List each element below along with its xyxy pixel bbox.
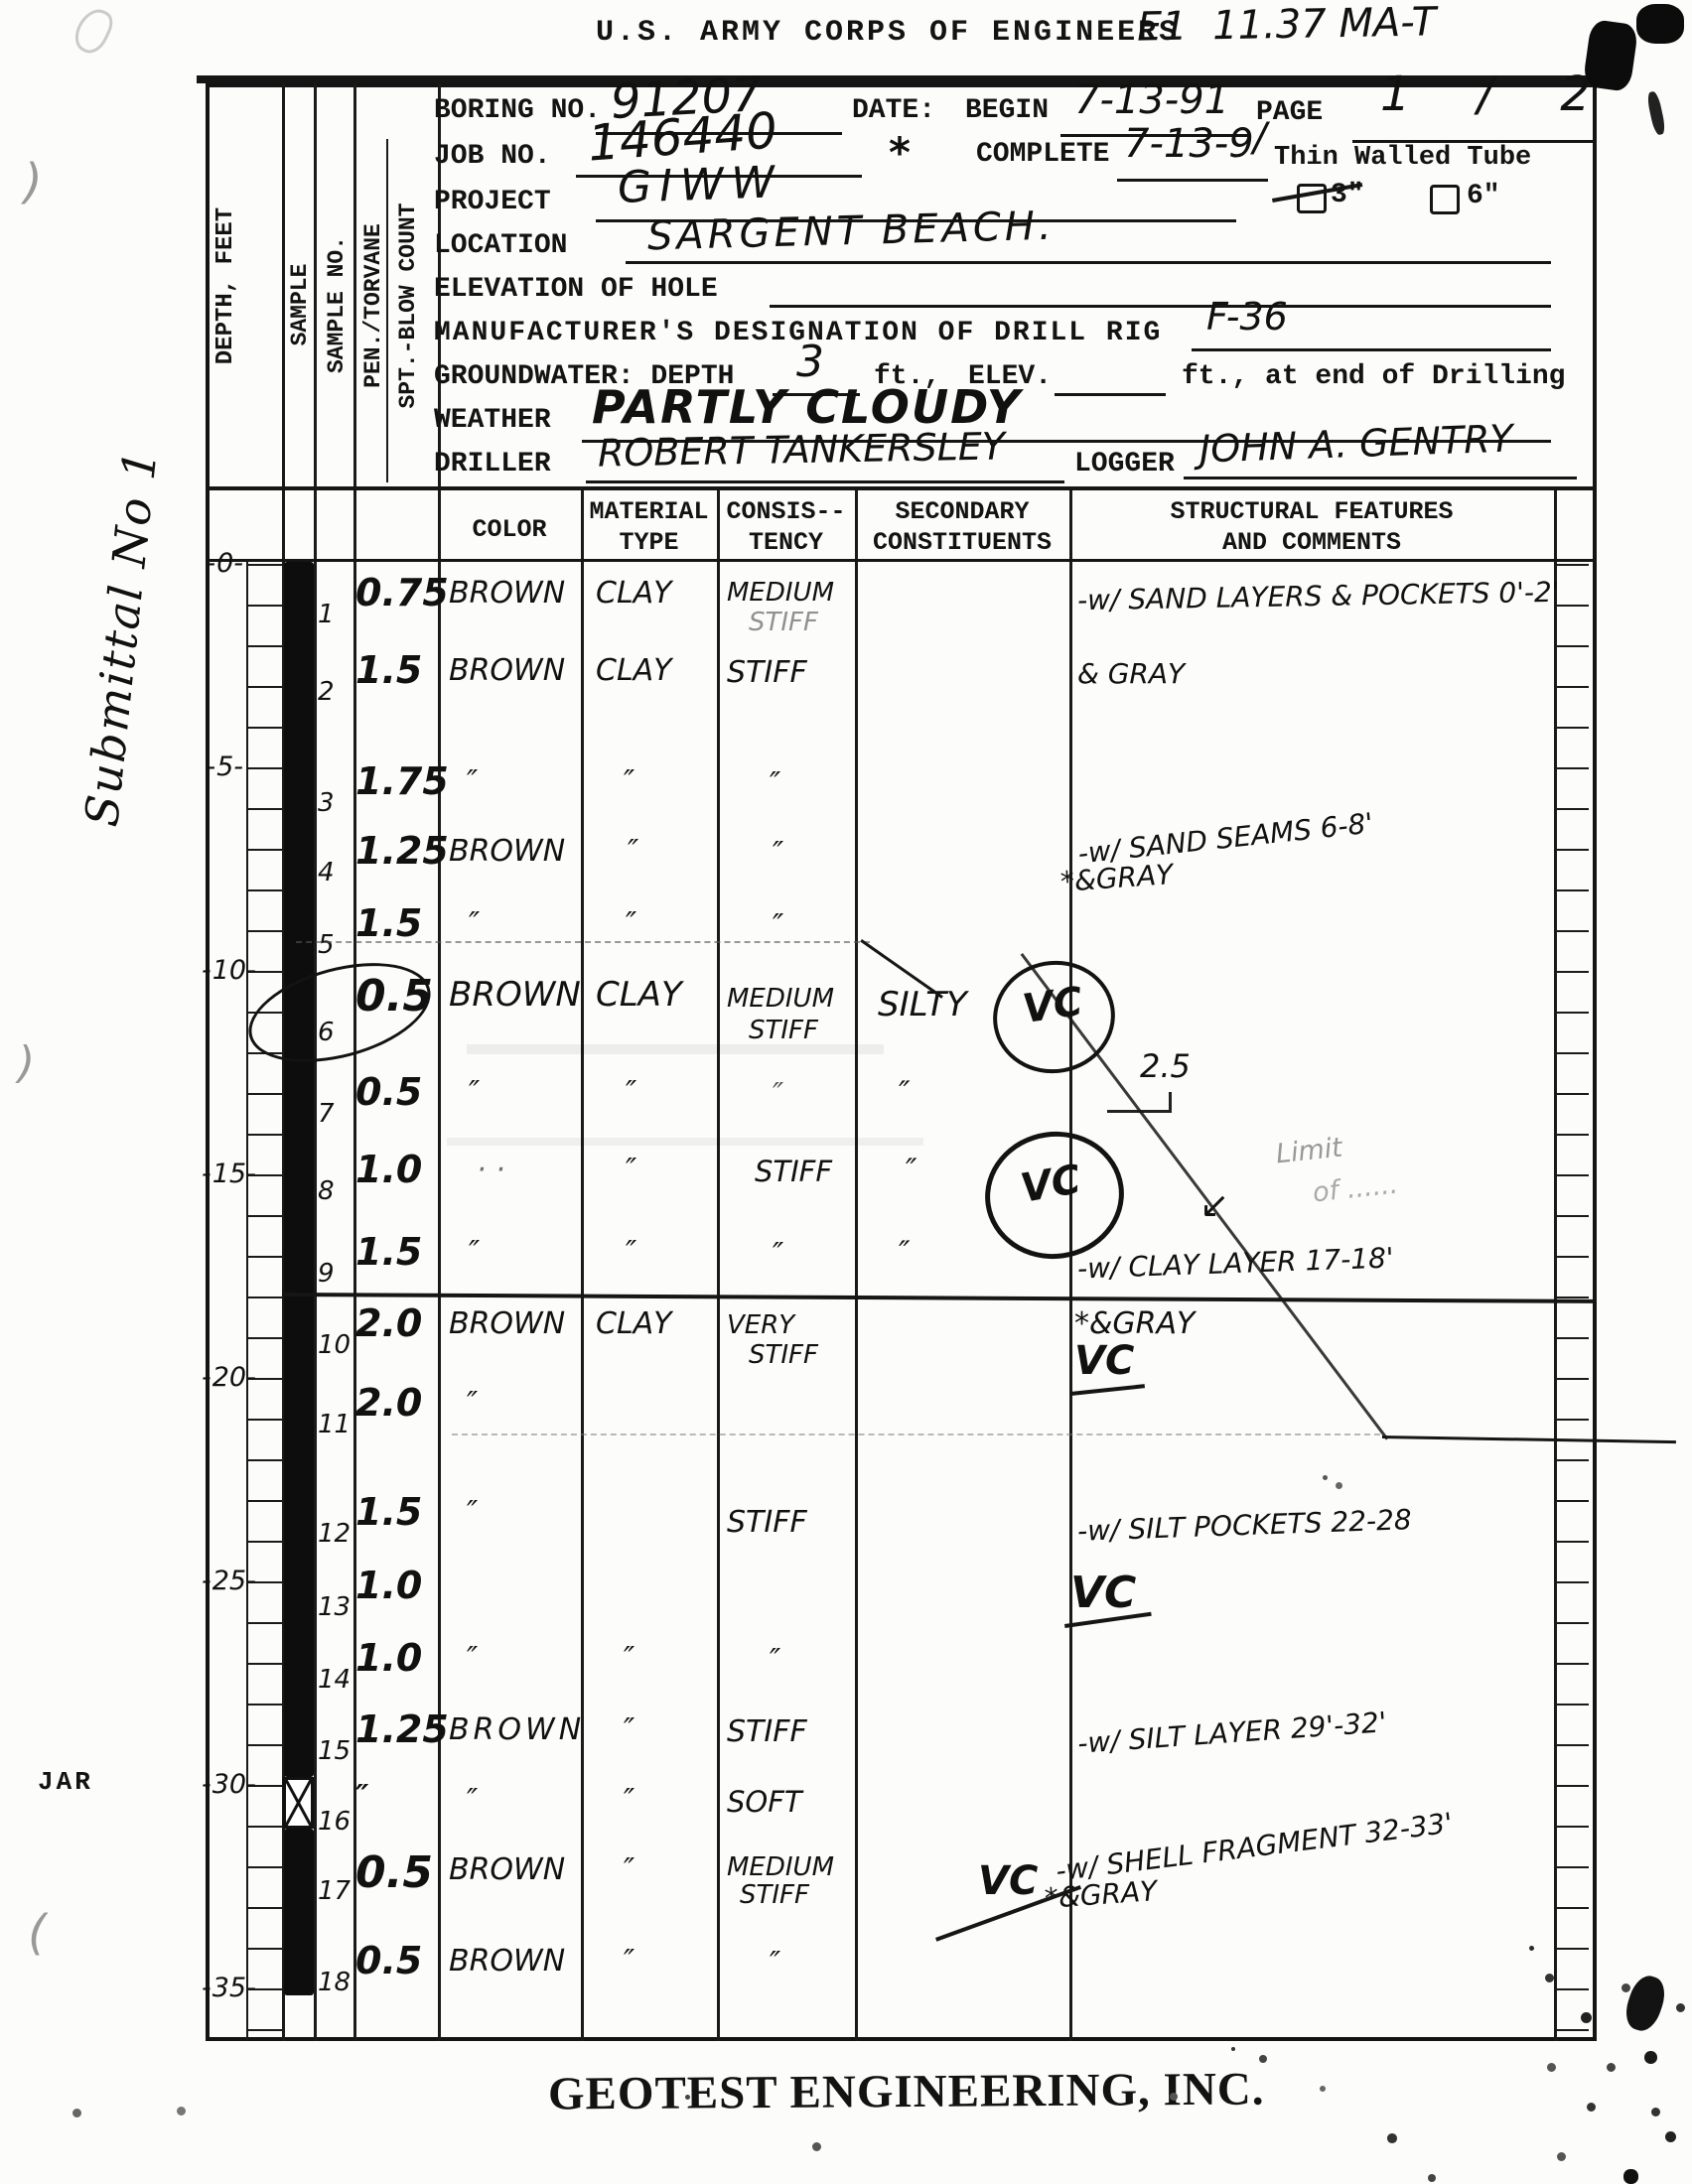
- depth-tick-0: 0: [202, 548, 243, 579]
- location-value: SARGENT BEACH.: [647, 205, 1057, 258]
- begin-label: BEGIN: [965, 95, 1049, 126]
- scan-blob-top-right: [1636, 4, 1684, 44]
- weather-value: PARTLY CLOUDY: [592, 383, 1022, 431]
- sample-strip-upper: [284, 562, 314, 1777]
- grid-line: [717, 486, 720, 2041]
- checkbox-6in[interactable]: [1430, 185, 1460, 214]
- groundwater-depth-value: 3: [796, 340, 824, 385]
- table-header-bottom: [206, 559, 1597, 562]
- margin-submittal-note: Submittal No 1: [69, 358, 175, 916]
- depth-tick-5: 5: [202, 751, 243, 782]
- scan-smudge: [467, 1044, 884, 1054]
- col-header-consistency: CONSIS-- TENCY: [717, 496, 855, 559]
- drill-rig-value: F-36: [1206, 298, 1288, 338]
- scan-smudge: [447, 1138, 923, 1146]
- scan-noise-footer: [1231, 2047, 1235, 2051]
- depth-tick-35: 35: [202, 1973, 243, 2003]
- complete-date-value: 7-13-9: [1124, 123, 1254, 165]
- tube-3in-label: 3": [1331, 180, 1364, 210]
- sample-strip-lower: [284, 1829, 314, 1995]
- scan-mark-paren3: (: [28, 1908, 47, 1958]
- grid-line: [1069, 486, 1072, 2041]
- scan-blob-bottom-right: [1621, 1972, 1670, 2035]
- col-header-material: MATERIAL TYPE: [581, 496, 717, 559]
- spt-blow-count-vertical-label: SPT.-BLOW COUNT: [395, 137, 421, 475]
- dashed-boundary-row5: [296, 941, 870, 943]
- date-label: DATE:: [852, 95, 935, 126]
- sample-vertical-label: SAMPLE: [287, 151, 313, 459]
- x-mark-icon: [286, 1780, 311, 1826]
- pen-torvane-vertical-label: PEN./TORVANE: [360, 137, 386, 475]
- boring-log-scan: U.S. ARMY CORPS OF ENGINEERS E1 11.37 MA…: [0, 0, 1692, 2184]
- underline: [1184, 477, 1577, 479]
- driller-value: ROBERT TANKERSLEY: [598, 427, 1006, 474]
- col-header-color: COLOR: [438, 514, 581, 545]
- corner-note-handwritten: E1 11.37 MA-T: [1137, 1, 1437, 48]
- pen-col-divider: [386, 139, 388, 482]
- underline: [1055, 393, 1166, 396]
- scan-blob: [1646, 90, 1667, 136]
- underline: [1117, 179, 1268, 182]
- depth-feet-vertical-label: DEPTH, FEET: [212, 137, 239, 435]
- project-value: GIWW: [617, 160, 783, 211]
- depth-tick-30: 30: [202, 1769, 243, 1800]
- scan-noise-bottom: [685, 2095, 690, 2100]
- scan-squiggle-top-left: [70, 3, 117, 58]
- depth-tick-25: 25: [202, 1566, 243, 1596]
- scan-mark-paren1: ): [24, 157, 43, 206]
- note-2-5: 2.5: [1140, 1050, 1191, 1084]
- job-no-mark: *: [889, 131, 911, 175]
- sample-16-jar-marker: [283, 1777, 314, 1829]
- footer-company: GEOTEST ENGINEERING, INC.: [548, 2062, 1265, 2120]
- gw-tail-label: ft., at end of Drilling: [1182, 361, 1565, 392]
- tube-label: Thin Walled Tube: [1274, 143, 1531, 173]
- checkbox-3in[interactable]: [1297, 184, 1327, 213]
- limit-note-line1: Limit: [1275, 1135, 1344, 1169]
- begin-date-value: 7-13-91: [1074, 79, 1229, 121]
- grid-line: [314, 83, 317, 2041]
- weather-label: WEATHER: [434, 405, 551, 436]
- underline: [626, 261, 1551, 264]
- scan-mark-paren2: ): [18, 1040, 35, 1086]
- elevation-of-hole-label: ELEVATION OF HOLE: [434, 274, 718, 305]
- scan-blob-top-right: [1583, 19, 1639, 92]
- driller-label: DRILLER: [434, 449, 551, 479]
- underline: [770, 305, 1551, 308]
- job-no-label: JOB NO.: [434, 141, 551, 172]
- slash-mark: /: [1253, 117, 1266, 159]
- tube-6in-label: 6": [1467, 181, 1500, 211]
- scan-noise-bottom-right: [1529, 1946, 1534, 1951]
- depth-tick-strip-left: [246, 564, 282, 2037]
- depth-tick-10: 10: [202, 955, 243, 986]
- depth-tick-15: 15: [202, 1159, 243, 1189]
- vc-note-row8: VC: [1018, 1159, 1084, 1210]
- scan-noise: [1323, 1475, 1328, 1480]
- col-header-structural: STRUCTURAL FEATURES AND COMMENTS: [1069, 496, 1554, 559]
- underline: [586, 480, 1064, 483]
- project-label: PROJECT: [434, 187, 551, 217]
- grid-line: [581, 486, 584, 2041]
- logger-label: LOGGER: [1074, 449, 1175, 479]
- grid-line: [855, 486, 858, 2041]
- underline: [1192, 348, 1551, 351]
- jar-label: JAR: [38, 1767, 93, 1797]
- depth-tick-20: 20: [202, 1362, 243, 1393]
- dashed-boundary-row11: [452, 1433, 1380, 1435]
- page-value: 1 / 2: [1380, 69, 1617, 119]
- complete-label: COMPLETE: [976, 139, 1109, 170]
- location-label: LOCATION: [434, 230, 567, 261]
- sample-no-vertical-label: SAMPLE NO.: [324, 151, 350, 459]
- page-title: U.S. ARMY CORPS OF ENGINEERS: [596, 16, 1180, 50]
- boring-no-label: BORING NO.: [434, 95, 601, 126]
- col-header-secondary: SECONDARY CONSTITUENTS: [855, 496, 1069, 559]
- header-separator: [206, 486, 1597, 490]
